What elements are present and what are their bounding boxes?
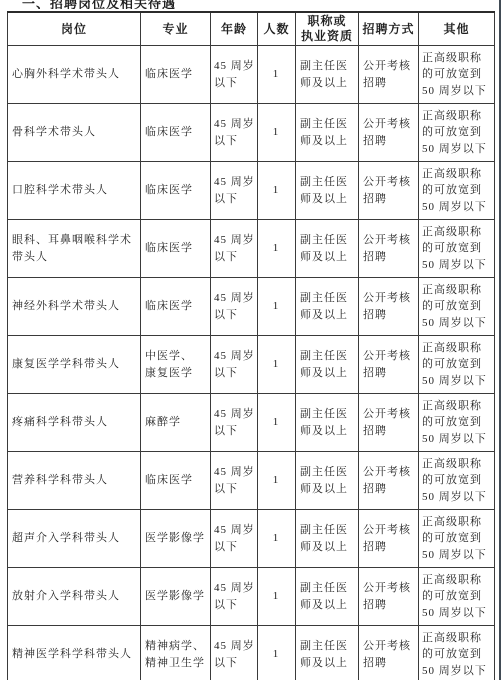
cell-major: 临床医学 [141, 220, 211, 278]
header-count: 人数 [258, 12, 296, 46]
cell-other: 正高级职称 的可放宽到 50 周岁以下 [419, 162, 495, 220]
cell-qualification: 副主任医 师及以上 [296, 162, 359, 220]
cell-qualification: 副主任医 师及以上 [296, 626, 359, 680]
cell-age: 45 周岁 以下 [211, 162, 258, 220]
cell-position: 口腔科学术带头人 [8, 162, 141, 220]
cell-major: 临床医学 [141, 278, 211, 336]
cell-other: 正高级职称 的可放宽到 50 周岁以下 [419, 104, 495, 162]
scanned-document-page: 一、招聘岗位及相关待遇 岗位 专业 年龄 人数 职称或 执业资质 招聘方式 其他… [0, 0, 501, 680]
table-row: 超声介入学科带头人 医学影像学 45 周岁 以下 1 副主任医 师及以上 公开考… [8, 510, 495, 568]
cell-method: 公开考核 招聘 [359, 394, 419, 452]
cell-qualification: 副主任医 师及以上 [296, 278, 359, 336]
header-major: 专业 [141, 12, 211, 46]
cell-major: 临床医学 [141, 104, 211, 162]
cell-other: 正高级职称 的可放宽到 50 周岁以下 [419, 220, 495, 278]
cell-method: 公开考核 招聘 [359, 510, 419, 568]
cell-age: 45 周岁 以下 [211, 104, 258, 162]
cell-major: 麻醉学 [141, 394, 211, 452]
cell-major: 临床医学 [141, 46, 211, 104]
header-other: 其他 [419, 12, 495, 46]
cell-other: 正高级职称 的可放宽到 50 周岁以下 [419, 278, 495, 336]
cell-count: 1 [258, 220, 296, 278]
cell-age: 45 周岁 以下 [211, 220, 258, 278]
cell-qualification: 副主任医 师及以上 [296, 452, 359, 510]
cell-count: 1 [258, 46, 296, 104]
cell-count: 1 [258, 394, 296, 452]
cell-qualification: 副主任医 师及以上 [296, 46, 359, 104]
cell-position: 骨科学术带头人 [8, 104, 141, 162]
table-row: 精神医学科学科带头人 精神病学、 精神卫生学 45 周岁 以下 1 副主任医 师… [8, 626, 495, 680]
cell-age: 45 周岁 以下 [211, 46, 258, 104]
cell-qualification: 副主任医 师及以上 [296, 336, 359, 394]
header-age: 年龄 [211, 12, 258, 46]
table-row: 放射介入学科带头人 医学影像学 45 周岁 以下 1 副主任医 师及以上 公开考… [8, 568, 495, 626]
cell-count: 1 [258, 452, 296, 510]
table-row: 康复医学学科带头人 中医学、 康复医学 45 周岁 以下 1 副主任医 师及以上… [8, 336, 495, 394]
cell-method: 公开考核 招聘 [359, 104, 419, 162]
cell-method: 公开考核 招聘 [359, 452, 419, 510]
cell-major: 精神病学、 精神卫生学 [141, 626, 211, 680]
section-title-clipped: 一、招聘岗位及相关待遇 [22, 0, 322, 9]
cell-age: 45 周岁 以下 [211, 336, 258, 394]
table-row: 营养科学科带头人 临床医学 45 周岁 以下 1 副主任医 师及以上 公开考核 … [8, 452, 495, 510]
cell-qualification: 副主任医 师及以上 [296, 510, 359, 568]
cell-count: 1 [258, 336, 296, 394]
cell-method: 公开考核 招聘 [359, 568, 419, 626]
cell-position: 营养科学科带头人 [8, 452, 141, 510]
cell-method: 公开考核 招聘 [359, 46, 419, 104]
cell-major: 中医学、 康复医学 [141, 336, 211, 394]
cell-other: 正高级职称 的可放宽到 50 周岁以下 [419, 336, 495, 394]
cell-other: 正高级职称 的可放宽到 50 周岁以下 [419, 626, 495, 680]
cell-qualification: 副主任医 师及以上 [296, 220, 359, 278]
cell-method: 公开考核 招聘 [359, 278, 419, 336]
table-row: 口腔科学术带头人 临床医学 45 周岁 以下 1 副主任医 师及以上 公开考核 … [8, 162, 495, 220]
cell-qualification: 副主任医 师及以上 [296, 394, 359, 452]
table-row: 疼痛科学科带头人 麻醉学 45 周岁 以下 1 副主任医 师及以上 公开考核 招… [8, 394, 495, 452]
cell-age: 45 周岁 以下 [211, 452, 258, 510]
cell-count: 1 [258, 278, 296, 336]
table-row: 骨科学术带头人 临床医学 45 周岁 以下 1 副主任医 师及以上 公开考核 招… [8, 104, 495, 162]
cell-age: 45 周岁 以下 [211, 510, 258, 568]
cell-position: 放射介入学科带头人 [8, 568, 141, 626]
section-title-text: 一、招聘岗位及相关待遇 [22, 0, 322, 9]
header-method: 招聘方式 [359, 12, 419, 46]
cell-position: 超声介入学科带头人 [8, 510, 141, 568]
cell-age: 45 周岁 以下 [211, 626, 258, 680]
cell-major: 医学影像学 [141, 568, 211, 626]
cell-major: 临床医学 [141, 452, 211, 510]
cell-count: 1 [258, 104, 296, 162]
cell-count: 1 [258, 510, 296, 568]
cell-position: 疼痛科学科带头人 [8, 394, 141, 452]
cell-position: 眼科、耳鼻咽喉科学术 带头人 [8, 220, 141, 278]
cell-other: 正高级职称 的可放宽到 50 周岁以下 [419, 510, 495, 568]
cell-position: 心胸外科学术带头人 [8, 46, 141, 104]
cell-method: 公开考核 招聘 [359, 626, 419, 680]
recruitment-positions-table: 岗位 专业 年龄 人数 职称或 执业资质 招聘方式 其他 心胸外科学术带头人 临… [7, 11, 495, 680]
cell-count: 1 [258, 162, 296, 220]
table-row: 眼科、耳鼻咽喉科学术 带头人 临床医学 45 周岁 以下 1 副主任医 师及以上… [8, 220, 495, 278]
cell-qualification: 副主任医 师及以上 [296, 568, 359, 626]
cell-position: 神经外科学术带头人 [8, 278, 141, 336]
table-row: 心胸外科学术带头人 临床医学 45 周岁 以下 1 副主任医 师及以上 公开考核… [8, 46, 495, 104]
cell-count: 1 [258, 568, 296, 626]
cell-qualification: 副主任医 师及以上 [296, 104, 359, 162]
cell-other: 正高级职称 的可放宽到 50 周岁以下 [419, 394, 495, 452]
cell-major: 临床医学 [141, 162, 211, 220]
cell-position: 康复医学学科带头人 [8, 336, 141, 394]
cell-major: 医学影像学 [141, 510, 211, 568]
cell-position: 精神医学科学科带头人 [8, 626, 141, 680]
cell-count: 1 [258, 626, 296, 680]
header-position: 岗位 [8, 12, 141, 46]
cell-other: 正高级职称 的可放宽到 50 周岁以下 [419, 452, 495, 510]
cell-method: 公开考核 招聘 [359, 162, 419, 220]
cell-method: 公开考核 招聘 [359, 220, 419, 278]
cell-other: 正高级职称 的可放宽到 50 周岁以下 [419, 46, 495, 104]
table-header-row: 岗位 专业 年龄 人数 职称或 执业资质 招聘方式 其他 [8, 12, 495, 46]
table-row: 神经外科学术带头人 临床医学 45 周岁 以下 1 副主任医 师及以上 公开考核… [8, 278, 495, 336]
cell-other: 正高级职称 的可放宽到 50 周岁以下 [419, 568, 495, 626]
cell-age: 45 周岁 以下 [211, 278, 258, 336]
header-qualification: 职称或 执业资质 [296, 12, 359, 46]
cell-age: 45 周岁 以下 [211, 394, 258, 452]
cell-age: 45 周岁 以下 [211, 568, 258, 626]
cell-method: 公开考核 招聘 [359, 336, 419, 394]
